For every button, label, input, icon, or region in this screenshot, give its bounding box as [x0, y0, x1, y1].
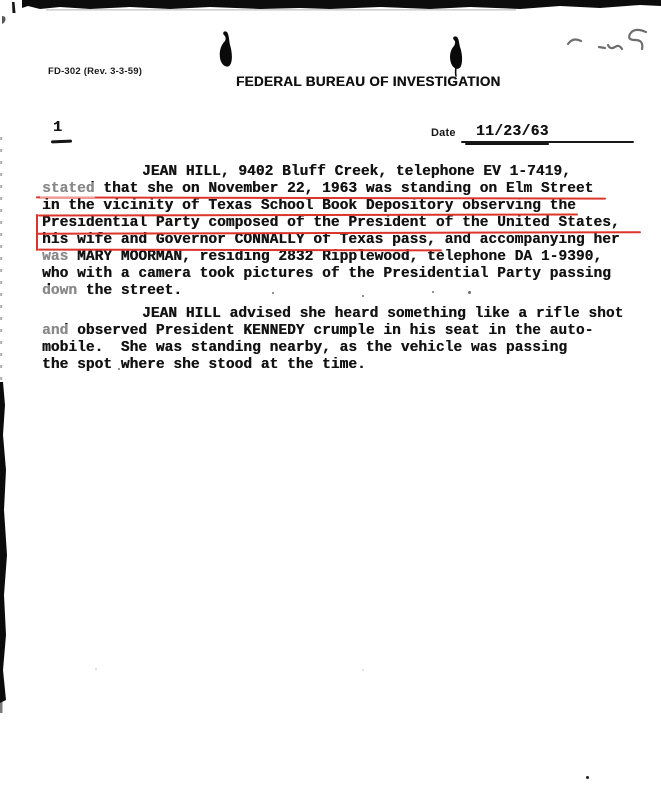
typed-line: his wife and Governor CONNALLY of Texas … [42, 232, 648, 249]
red-underline-connector [36, 214, 38, 251]
typed-line: and observed President KENNEDY crumple i… [42, 323, 648, 340]
toner-speck [468, 291, 471, 294]
handwritten-scribble-icon [562, 20, 657, 60]
toner-speck [362, 669, 364, 671]
typed-line: mobile. She was standing nearby, as the … [42, 340, 648, 357]
page-number: 1 [53, 119, 62, 136]
scan-edge-left-icon [0, 125, 10, 725]
page-number-underline [51, 140, 72, 144]
typed-line: the spot where she stood at the time. [42, 357, 648, 374]
report-body: JEAN HILL, 9402 Bluff Creek, telephone E… [42, 164, 648, 374]
date-value: 11/23/63 [476, 124, 549, 141]
typed-line: in the vicinity of Texas School Book Dep… [42, 198, 648, 215]
typed-line: who with a camera took pictures of the P… [42, 266, 648, 283]
ink-blot-icon [447, 35, 468, 77]
typed-line: Presidential Party composed of the Presi… [42, 215, 648, 232]
typed-line: JEAN HILL, 9402 Bluff Creek, telephone E… [42, 164, 648, 181]
typed-line: down the street. [42, 283, 648, 300]
toner-speck [95, 668, 97, 670]
toner-speck [586, 776, 589, 779]
toner-speck [432, 291, 434, 293]
typed-line: was MARY MOORMAN, residing 2832 Ripplewo… [42, 249, 648, 266]
toner-speck [272, 292, 274, 294]
form-number-label: FD-302 (Rev. 3-3-59) [48, 66, 142, 77]
agency-title: FEDERAL BUREAU OF INVESTIGATION [236, 74, 476, 89]
ink-blot-icon [218, 31, 235, 71]
date-underline [465, 143, 549, 145]
paragraph-2: JEAN HILL advised she heard something li… [42, 306, 648, 374]
date-label: Date [431, 127, 456, 139]
toner-speck [118, 368, 120, 370]
typed-line: stated that she on November 22, 1963 was… [42, 181, 648, 198]
toner-speck [362, 295, 364, 297]
typed-line: JEAN HILL advised she heard something li… [42, 306, 648, 323]
fbi-fd302-document-page: FD-302 (Rev. 3-3-59) FEDERAL BUREAU OF I… [0, 0, 661, 800]
